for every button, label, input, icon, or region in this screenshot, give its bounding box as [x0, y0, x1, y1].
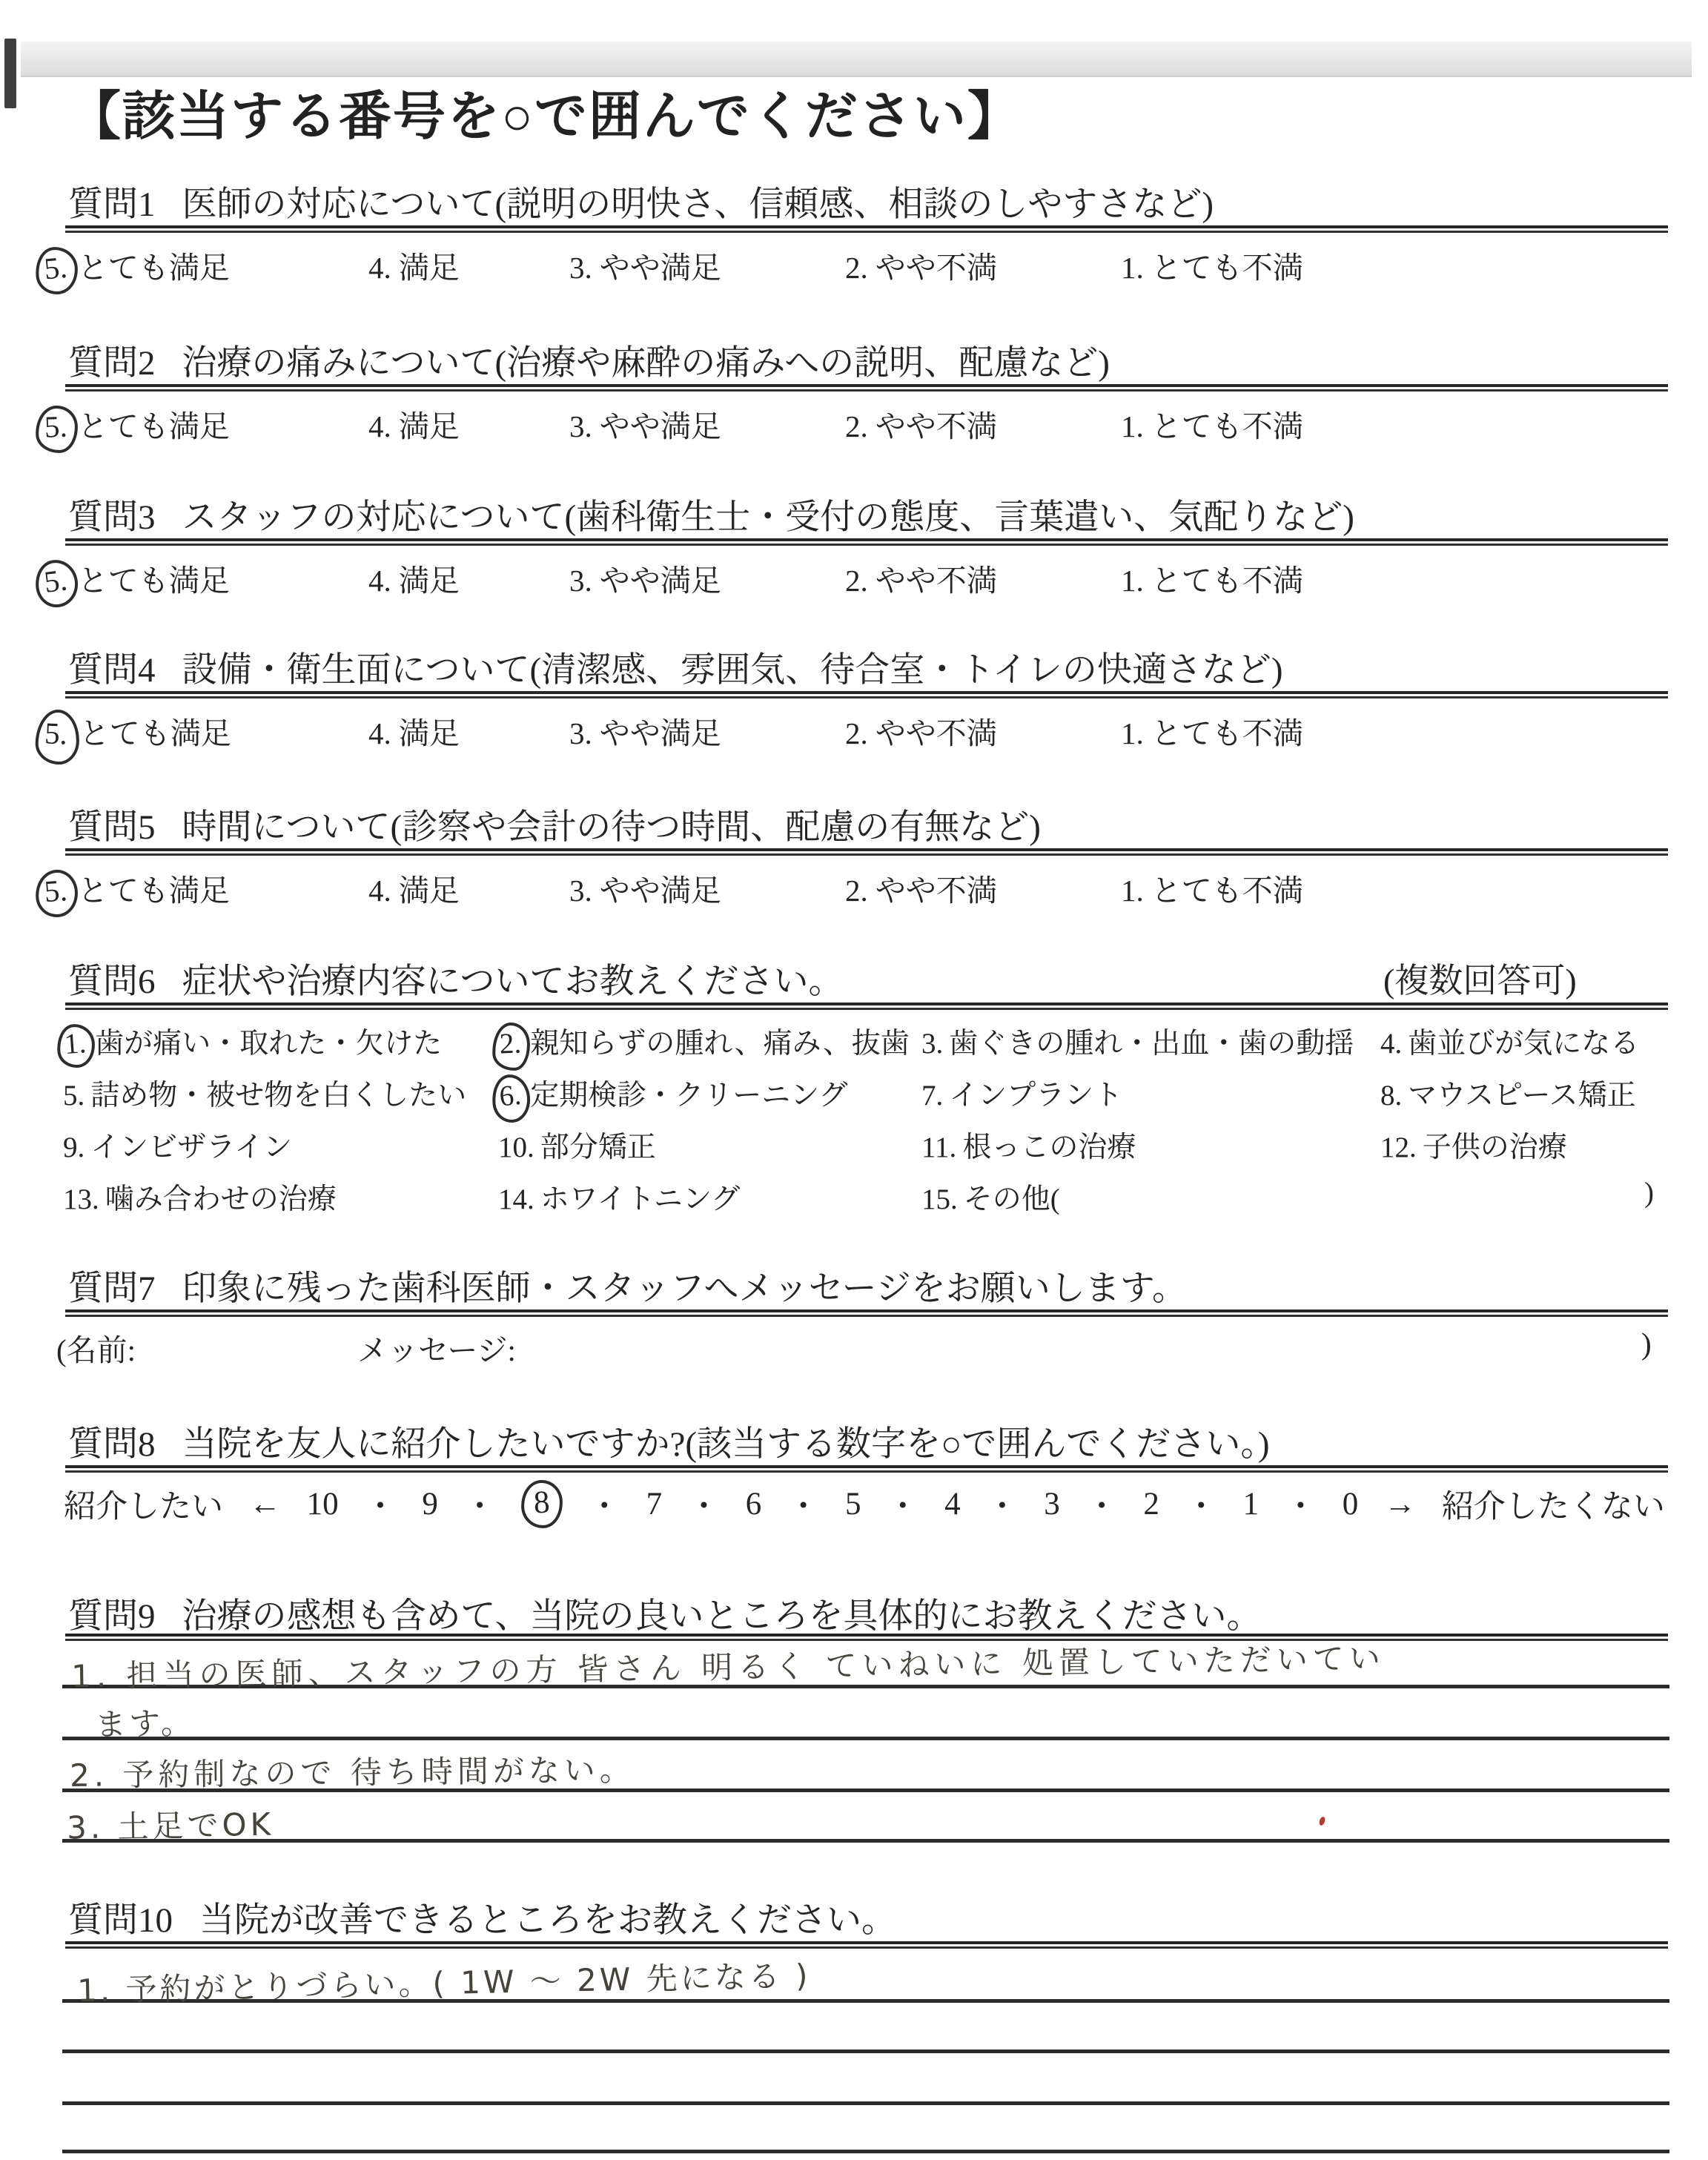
rating-option-2: 2.やや不満 [845, 556, 997, 600]
answer-circle-annotation: 8 [520, 1479, 564, 1530]
question-number: 質問2 [68, 344, 156, 383]
option-number: 3. [569, 716, 592, 750]
symptom-item-11: 11.根っこの治療 [921, 1124, 1136, 1166]
scale-number-8: 8 [533, 1484, 551, 1520]
item-number: 7. [921, 1080, 943, 1112]
option-number: 4. [368, 251, 391, 285]
question-text: 症状や治療内容についてお教えください。 [182, 962, 844, 1001]
item-label: 子供の治療 [1423, 1132, 1567, 1163]
dot-separator: ・ [464, 1482, 496, 1527]
rating-option-1: 1.とても不満 [1121, 709, 1303, 753]
scale-number-0: 0 [1343, 1486, 1359, 1522]
question-10-header: 質問10当院が改善できるところをお教えください。 [68, 1892, 896, 1942]
rating-option-2: 2.やや不満 [845, 243, 997, 287]
option-label: 満足 [399, 409, 460, 443]
answer-line [62, 1737, 1669, 1740]
rating-option-4: 4.満足 [368, 556, 460, 600]
item-number: 2. [499, 1028, 522, 1060]
symptom-item-6: 6.定期検診・クリーニング [498, 1072, 847, 1123]
option-label: とても満足 [78, 251, 230, 285]
item-label: 部分矯正 [540, 1132, 656, 1163]
option-number: 1. [1121, 409, 1144, 443]
scale-number-2: 2 [1143, 1486, 1159, 1522]
option-label: やや不満 [875, 873, 997, 908]
header-underline [65, 848, 1668, 856]
option-label: 満足 [399, 564, 460, 598]
symptom-item-10: 10.部分矯正 [498, 1124, 656, 1166]
answer-circle-annotation: 5. [33, 558, 80, 610]
symptom-item-14: 14.ホワイトニング [498, 1176, 740, 1218]
rating-option-5: 5.とても満足 [43, 243, 230, 294]
rating-option-4: 4.満足 [368, 243, 460, 287]
item-label: その他( [964, 1183, 1060, 1215]
question-5-options: 5.とても満足 4.満足 3.やや満足 2.やや不満 1.とても不満 [0, 866, 1708, 914]
dot-separator: ・ [1086, 1482, 1118, 1527]
question-text: 医師の対応について(説明の明快さ、信頼感、相談のしやすさなど) [182, 185, 1214, 224]
option-label: やや不満 [875, 251, 997, 285]
scale-number-9: 9 [422, 1486, 438, 1522]
scale-number-5: 5 [845, 1486, 861, 1522]
scale-number-4: 4 [944, 1486, 961, 1522]
dot-separator: ・ [364, 1482, 396, 1527]
header-underline [65, 1941, 1668, 1949]
survey-scan-page: 【該当する番号を○で囲んでください】 質問1医師の対応について(説明の明快さ、信… [0, 0, 1708, 2160]
option-label: とても満足 [78, 564, 230, 598]
question-6-header: 質問6症状や治療内容についてお教えください。 [68, 954, 844, 1003]
option-label: 満足 [399, 716, 460, 750]
question-number: 質問3 [68, 498, 156, 537]
question-number: 質問6 [68, 962, 156, 1001]
option-label: とても満足 [78, 873, 230, 908]
rating-option-3: 3.やや満足 [569, 556, 721, 600]
item-label: 噛み合わせの治療 [105, 1183, 337, 1215]
multiple-answers-note: (複数回答可) [1383, 954, 1577, 1003]
option-number: 2. [845, 564, 868, 598]
option-label: やや不満 [875, 716, 997, 750]
option-number: 2. [845, 873, 868, 908]
scale-number-10: 10 [307, 1486, 339, 1522]
option-number: 2. [845, 251, 868, 285]
item-number: 10. [498, 1132, 534, 1163]
scale-right-label: 紹介したくない [1442, 1482, 1665, 1527]
option-label: やや満足 [600, 716, 721, 750]
item-label: インプラント [949, 1080, 1122, 1112]
rating-option-3: 3.やや満足 [569, 709, 721, 753]
scan-artifact-corner-mark [4, 39, 16, 108]
option-label: 満足 [399, 873, 460, 908]
header-underline [65, 384, 1668, 392]
item-label: 親知らずの腫れ、痛み、抜歯 [530, 1028, 910, 1060]
rating-option-3: 3.やや満足 [569, 243, 721, 287]
scale-number-7: 7 [646, 1486, 663, 1522]
question-2-options: 5.とても満足 4.満足 3.やや満足 2.やや不満 1.とても不満 [0, 402, 1708, 449]
header-underline [65, 225, 1668, 233]
rating-option-1: 1.とても不満 [1121, 243, 1303, 287]
rating-option-5: 5.とても満足 [43, 556, 230, 607]
symptom-item-7: 7.インプラント [921, 1072, 1122, 1114]
item-number: 9. [63, 1132, 85, 1163]
scale-number-3: 3 [1044, 1486, 1060, 1522]
item-number: 4. [1380, 1028, 1402, 1060]
symptom-item-13: 13.噛み合わせの治療 [63, 1176, 337, 1218]
answer-circle-annotation: 5. [34, 868, 79, 919]
option-number: 2. [845, 716, 868, 750]
question-number: 質問7 [68, 1269, 156, 1308]
scale-number-6: 6 [746, 1486, 762, 1522]
item-label: 定期検診・クリーニング [530, 1080, 847, 1112]
option-number: 4. [368, 564, 391, 598]
option-number: 3. [569, 564, 592, 598]
header-underline [65, 1003, 1668, 1010]
answer-circle-annotation: 6. [490, 1073, 532, 1124]
symptom-item-8: 8.マウスピース矯正 [1380, 1072, 1636, 1114]
answer-circle-annotation: 1. [56, 1023, 96, 1069]
dot-separator: ・ [986, 1482, 1018, 1527]
left-arrow-icon: ← [249, 1486, 281, 1522]
question-number: 質問5 [68, 808, 156, 847]
answer-circle-annotation: 5. [35, 709, 80, 765]
option-label: 満足 [399, 251, 460, 285]
item-number: 12. [1380, 1132, 1417, 1163]
answer-circle-annotation: 5. [33, 245, 79, 297]
dot-separator: ・ [787, 1482, 819, 1527]
handwritten-answer-line: ます。 [94, 1699, 195, 1745]
question-text: 治療の痛みについて(治療や麻酔の痛みへの説明、配慮など) [182, 344, 1110, 383]
item-number: 15. [921, 1183, 958, 1215]
item-label: 歯が痛い・取れた・欠けた [95, 1028, 442, 1060]
item-label: ホワイトニング [540, 1183, 741, 1215]
item-number: 11. [921, 1132, 956, 1163]
dot-separator: ・ [1285, 1482, 1317, 1527]
name-field-label: (名前: [56, 1326, 136, 1370]
symptom-item-12: 12.子供の治療 [1380, 1124, 1567, 1166]
header-underline [65, 538, 1668, 546]
rating-option-1: 1.とても不満 [1121, 402, 1303, 446]
item-label: マウスピース矯正 [1408, 1080, 1635, 1112]
question-3-header: 質問3スタッフの対応について(歯科衛生士・受付の態度、言葉遣い、気配りなど) [68, 489, 1354, 539]
question-text: 時間について(診察や会計の待つ時間、配慮の有無など) [182, 808, 1041, 847]
page-title: 【該当する番号を○で囲んでください】 [68, 74, 1022, 150]
answer-line [62, 2101, 1669, 2105]
option-number: 3. [569, 409, 592, 443]
dot-separator: ・ [688, 1482, 720, 1527]
item-label: インビザライン [90, 1132, 292, 1163]
question-text: 印象に残った歯科医師・スタッフへメッセージをお願いします。 [182, 1269, 1187, 1308]
question-number: 質問10 [68, 1901, 173, 1940]
option-label: やや不満 [875, 564, 997, 598]
symptom-item-5: 5.詰め物・被せ物を白くしたい [63, 1072, 466, 1114]
scan-artifact-red-dot [1318, 1816, 1325, 1826]
question-1-header: 質問1医師の対応について(説明の明快さ、信頼感、相談のしやすさなど) [68, 176, 1214, 226]
item-label: 根っこの治療 [962, 1132, 1136, 1163]
option-label: やや満足 [600, 251, 721, 285]
item-number: 8. [1380, 1080, 1402, 1112]
option-label: やや不満 [875, 409, 997, 443]
option-number: 4. [368, 409, 391, 443]
question-1-options: 5.とても満足 4.満足 3.やや満足 2.やや不満 1.とても不満 [0, 243, 1708, 291]
rating-option-2: 2.やや不満 [845, 709, 997, 753]
answer-line [62, 1839, 1669, 1843]
header-underline [65, 1465, 1668, 1473]
rating-option-5: 5.とても満足 [43, 402, 230, 453]
option-label: とても満足 [78, 409, 230, 443]
message-field-label: メッセージ: [357, 1326, 516, 1370]
question-4-header: 質問4設備・衛生面について(清潔感、雰囲気、待合室・トイレの快適さなど) [68, 642, 1283, 692]
symptom-item-2: 2.親知らずの腫れ、痛み、抜歯 [498, 1020, 910, 1071]
question-text: 設備・衛生面について(清潔感、雰囲気、待合室・トイレの快適さなど) [182, 651, 1283, 690]
option-label: とても不満 [1151, 409, 1303, 443]
option-number: 1. [1121, 873, 1144, 908]
item-number: 6. [498, 1079, 523, 1112]
question-4-options: 5.とても満足 4.満足 3.やや満足 2.やや不満 1.とても不満 [0, 709, 1708, 756]
option-number: 1. [1121, 251, 1144, 285]
answer-circle-annotation: 5. [35, 405, 79, 454]
rating-option-1: 1.とても不満 [1121, 866, 1303, 910]
option-label: とても不満 [1151, 251, 1303, 285]
question-5-header: 質問5時間について(診察や会計の待つ時間、配慮の有無など) [68, 799, 1041, 849]
option-number: 3. [569, 251, 592, 285]
rating-option-2: 2.やや不満 [845, 402, 997, 446]
rating-option-5: 5.とても満足 [43, 866, 230, 917]
symptom-item-9: 9.インビザライン [63, 1124, 292, 1166]
item-label: 歯ぐきの腫れ・出血・歯の動揺 [949, 1028, 1354, 1060]
question-2-header: 質問2治療の痛みについて(治療や麻酔の痛みへの説明、配慮など) [68, 335, 1110, 385]
rating-option-4: 4.満足 [368, 709, 460, 753]
option-number: 3. [569, 873, 592, 908]
rating-option-3: 3.やや満足 [569, 866, 721, 910]
handwritten-answer-line: 3. 土足でOK [66, 1800, 274, 1849]
question-8-header: 質問8当院を友人に紹介したいですか?(該当する数字を○で囲んでください。) [68, 1416, 1270, 1466]
option-number: 4. [368, 873, 391, 908]
question-number: 質問1 [68, 185, 156, 224]
symptom-item-15-close-paren: ) [1644, 1176, 1654, 1209]
dot-separator: ・ [589, 1482, 620, 1527]
symptom-item-3: 3.歯ぐきの腫れ・出血・歯の動揺 [921, 1020, 1354, 1062]
header-underline [65, 1634, 1668, 1641]
question-text: 当院が改善できるところをお教えください。 [199, 1901, 896, 1940]
rating-option-4: 4.満足 [368, 866, 460, 910]
message-close-paren: ) [1641, 1326, 1652, 1361]
item-label: 詰め物・被せ物を白くしたい [90, 1080, 466, 1112]
option-label: とても満足 [79, 716, 231, 750]
option-number: 5. [43, 873, 68, 908]
item-number: 5. [63, 1080, 85, 1112]
answer-line [62, 2150, 1669, 2153]
option-label: とても不満 [1151, 716, 1303, 750]
item-number: 3. [921, 1028, 943, 1060]
rating-option-4: 4.満足 [368, 402, 460, 446]
option-label: やや満足 [600, 873, 721, 908]
handwritten-answer-line: 2. 予約制なので 待ち時間がない。 [70, 1745, 635, 1796]
option-number: 2. [845, 409, 868, 443]
option-label: やや満足 [600, 409, 721, 443]
rating-option-5: 5.とても満足 [43, 709, 231, 764]
right-arrow-icon: → [1384, 1486, 1416, 1522]
question-number: 質問8 [68, 1425, 156, 1464]
header-underline [65, 1309, 1668, 1317]
nps-scale: 紹介したい ← 10 ・ 9 ・ 8 ・ 7 ・ 6 ・ 5 ・ 4 ・ 3 ・… [64, 1480, 1665, 1528]
rating-option-1: 1.とても不満 [1121, 556, 1303, 600]
symptom-item-1: 1.歯が痛い・取れた・欠けた [63, 1020, 442, 1068]
question-text: 治療の感想も含めて、当院の良いところを具体的にお教えください。 [182, 1597, 1262, 1636]
question-text: 当院を友人に紹介したいですか?(該当する数字を○で囲んでください。) [182, 1425, 1270, 1464]
option-number: 1. [1121, 716, 1144, 750]
question-text: スタッフの対応について(歯科衛生士・受付の態度、言葉遣い、気配りなど) [182, 498, 1354, 537]
question-7-header: 質問7印象に残った歯科医師・スタッフへメッセージをお願いします。 [68, 1261, 1187, 1310]
option-number: 5. [44, 409, 67, 444]
option-number: 4. [368, 716, 391, 750]
rating-option-2: 2.やや不満 [845, 866, 997, 910]
answer-circle-annotation: 2. [491, 1022, 531, 1071]
header-underline [65, 691, 1668, 698]
symptom-item-15: 15.その他( [921, 1176, 1060, 1218]
scale-number-1: 1 [1243, 1486, 1260, 1522]
symptom-item-4: 4.歯並びが気になる [1380, 1020, 1639, 1062]
option-number: 1. [1121, 564, 1144, 598]
answer-line [62, 2050, 1669, 2053]
dot-separator: ・ [1185, 1482, 1217, 1527]
dot-separator: ・ [887, 1482, 918, 1527]
option-label: やや満足 [600, 564, 721, 598]
item-number: 1. [63, 1027, 87, 1060]
item-label: 歯並びが気になる [1408, 1028, 1639, 1060]
question-3-options: 5.とても満足 4.満足 3.やや満足 2.やや不満 1.とても不満 [0, 556, 1708, 604]
rating-option-3: 3.やや満足 [569, 402, 721, 446]
scale-left-label: 紹介したい [64, 1482, 223, 1527]
question-9-header: 質問9治療の感想も含めて、当院の良いところを具体的にお教えください。 [68, 1588, 1262, 1638]
option-number: 5. [42, 562, 69, 598]
option-label: とても不満 [1151, 564, 1303, 598]
item-number: 13. [63, 1183, 99, 1215]
option-number: 5. [44, 716, 67, 750]
scan-artifact-band [21, 42, 1692, 77]
question-number: 質問4 [68, 651, 156, 690]
item-number: 14. [498, 1183, 534, 1215]
option-number: 5. [43, 250, 69, 286]
question-number: 質問9 [68, 1597, 156, 1636]
option-label: とても不満 [1151, 873, 1303, 908]
